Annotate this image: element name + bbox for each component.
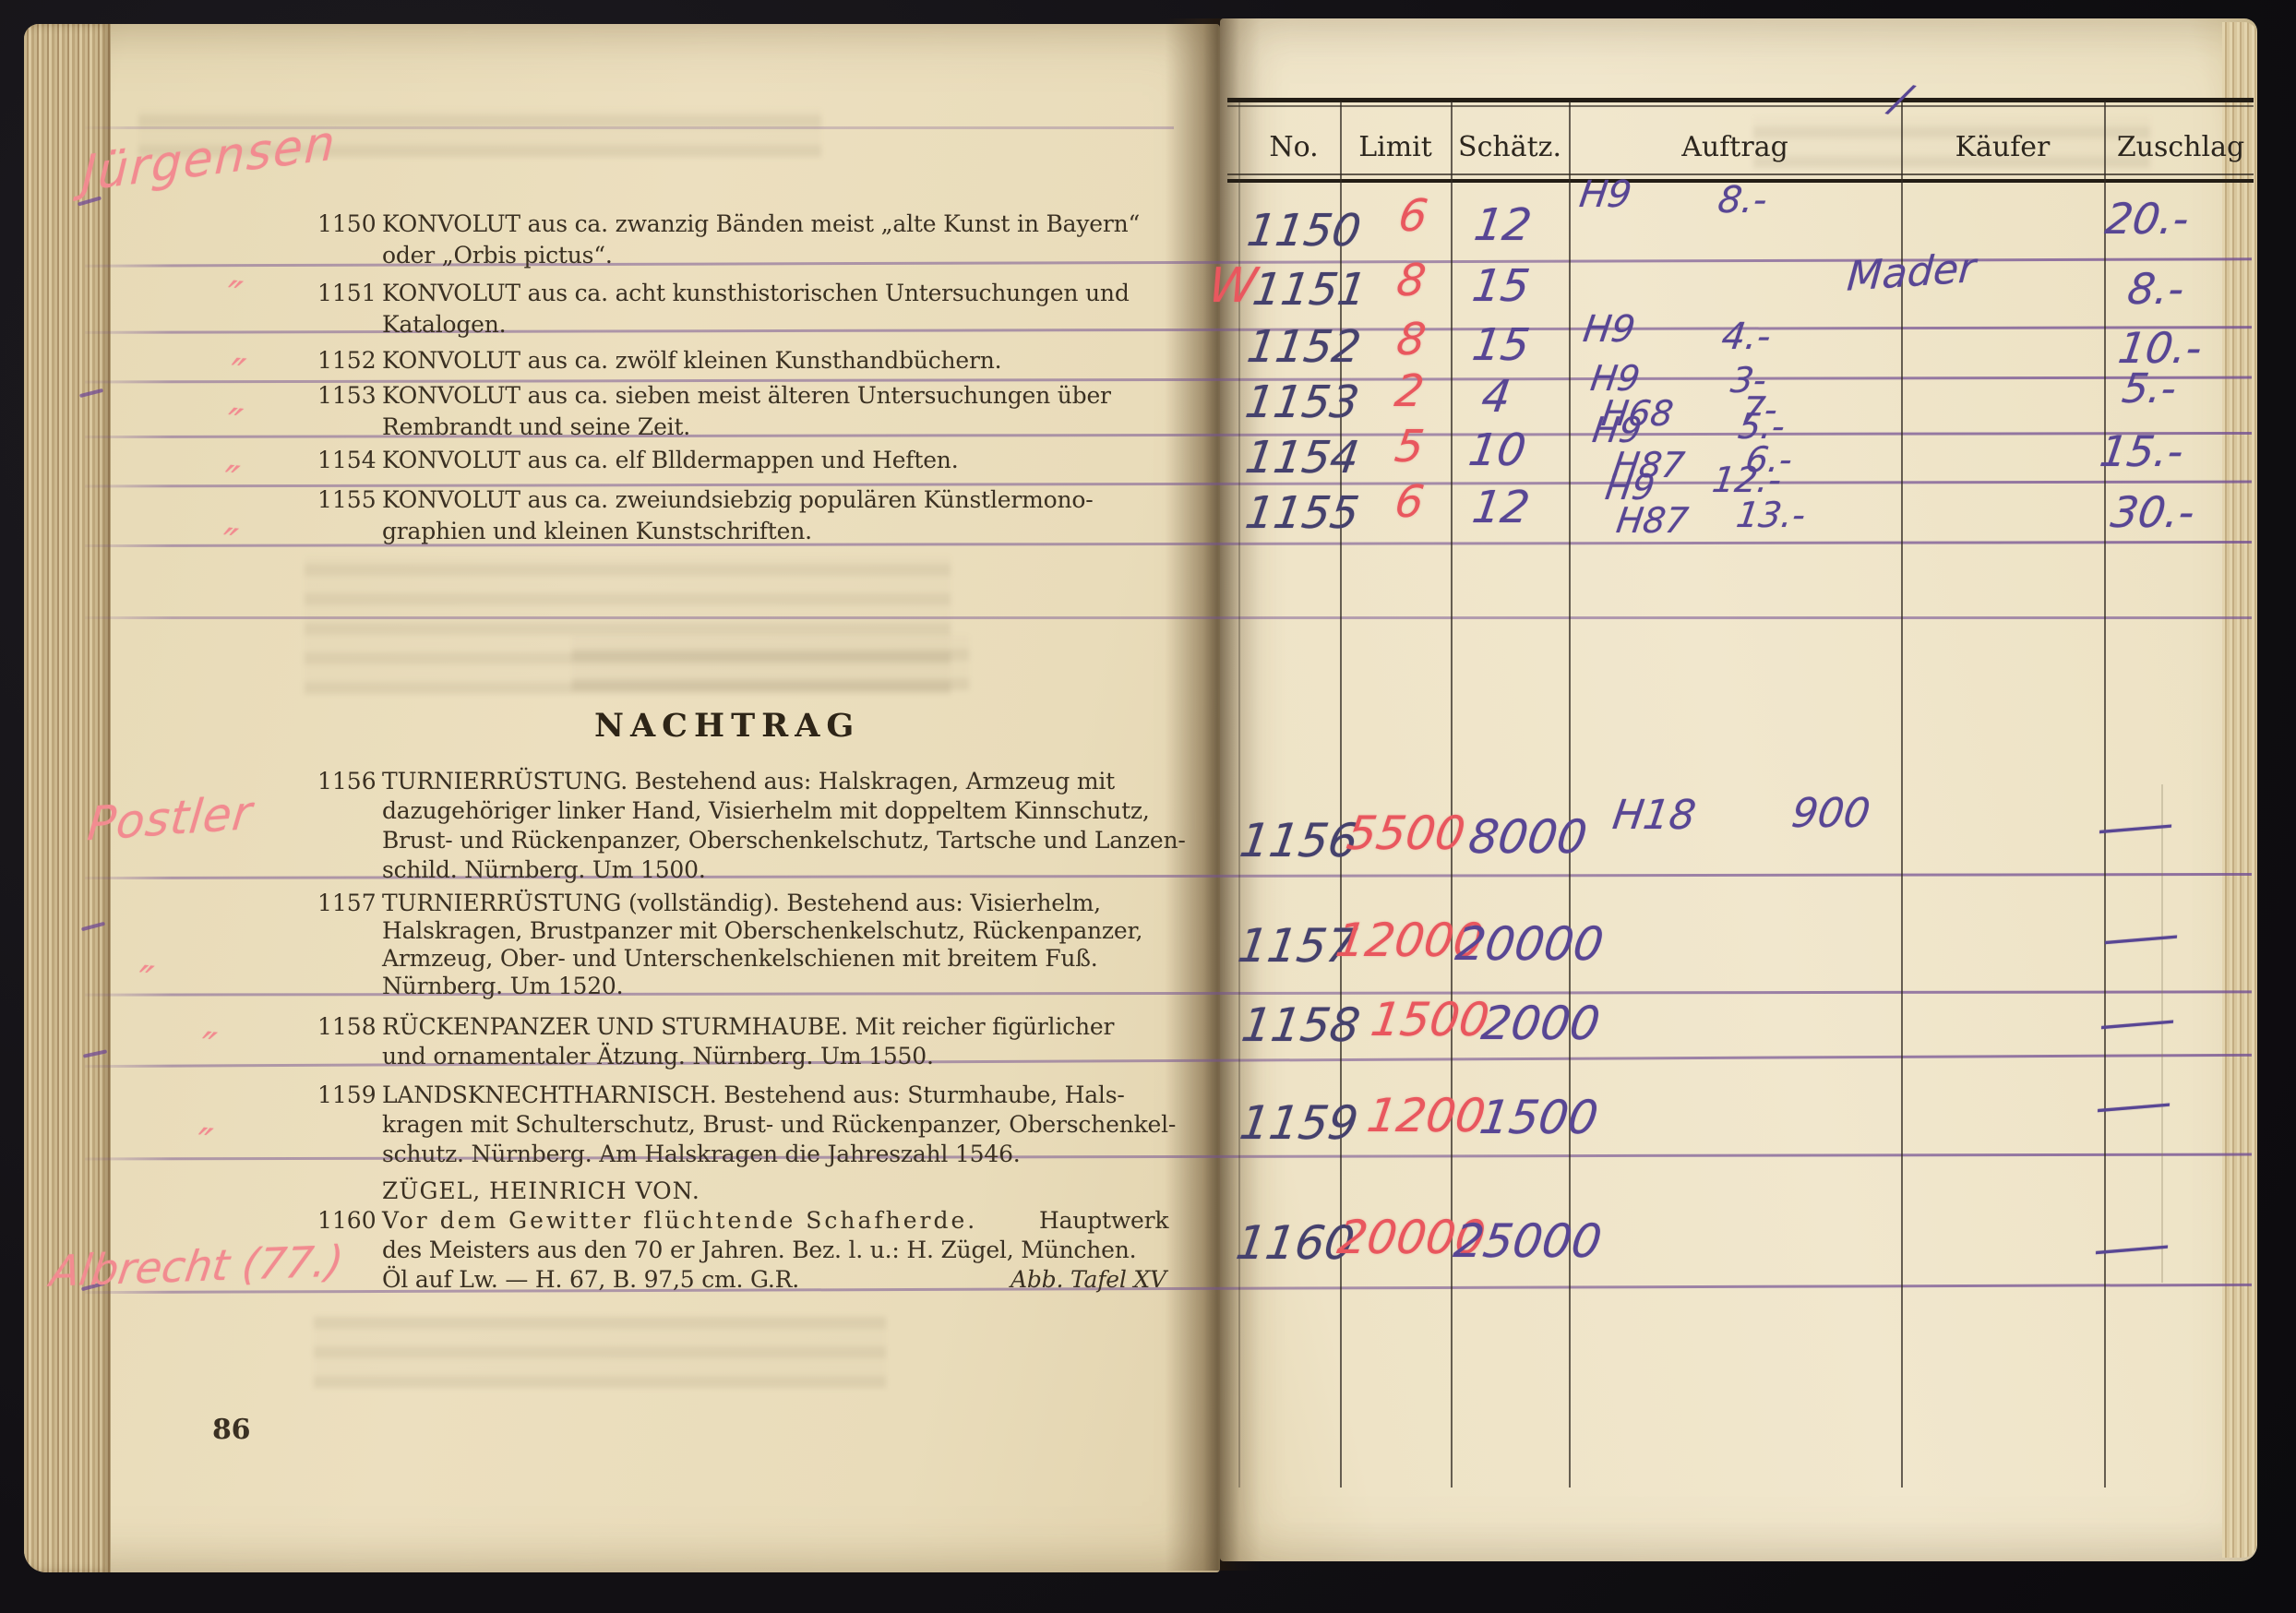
lot-number: 1151	[317, 280, 373, 306]
cell-schaetz: 8000	[1465, 810, 1590, 864]
cell-schaetz: 10	[1465, 424, 1529, 476]
lot-number: 1160	[317, 1207, 373, 1234]
lot-text-line: des Meisters aus den 70 er Jahren. Bez. …	[382, 1237, 1136, 1263]
lot-text-line: Armzeug, Ober- und Unterschenkelschienen…	[382, 945, 1098, 972]
cell-auftrag: H9	[1577, 173, 1634, 216]
lot-number: 1159	[317, 1081, 373, 1108]
lot-title-spaced: Vor dem Gewitter flüchtende Schafherde.	[382, 1207, 977, 1234]
cell-zuschlag-dash: —	[2093, 909, 2187, 965]
lot-text-line: kragen mit Schulterschutz, Brust- und Rü…	[382, 1111, 1176, 1138]
lot-number: 1154	[317, 447, 373, 473]
bleedthrough-smudge	[314, 1316, 886, 1388]
lot-text-line: KONVOLUT aus ca. acht kunsthistorischen …	[382, 280, 1130, 306]
cell-schaetz: 12	[1469, 482, 1533, 533]
lot-text-line: graphien und kleinen Kunstschriften.	[382, 518, 812, 544]
cell-limit: 1500	[1368, 993, 1492, 1046]
cell-zuschlag: 15.-	[2097, 426, 2186, 476]
lot-text-line: schild. Nürnberg. Um 1500.	[382, 856, 706, 883]
cell-zuschlag-dash: —	[2087, 798, 2182, 854]
lot-text-line: Nürnberg. Um 1520.	[382, 973, 623, 999]
col-header-auftrag: Auftrag	[1569, 131, 1901, 163]
col-header-kaeufer: Käufer	[1901, 131, 2104, 163]
cell-zuschlag: 5.-	[2119, 365, 2179, 412]
cell-zuschlag: 8.-	[2124, 264, 2187, 314]
lot-text-line: TURNIERRÜSTUNG (vollständig). Bestehend …	[382, 890, 1101, 916]
cell-no: 1153	[1242, 376, 1362, 428]
lot-text-line: KONVOLUT aus ca. sieben meist älteren Un…	[382, 382, 1111, 409]
margin-note-bidder: Albrecht (77.)	[47, 1236, 346, 1296]
right-page-paper	[1220, 18, 2257, 1561]
ledger-line	[85, 616, 2252, 619]
artist-heading: ZÜGEL, HEINRICH VON.	[382, 1177, 700, 1204]
column-line	[1901, 102, 1903, 1488]
col-header-no: No.	[1248, 131, 1340, 163]
cell-schaetz: 12	[1471, 199, 1535, 251]
right-page-edge	[2222, 22, 2257, 1558]
lot-number: 1157	[317, 890, 373, 916]
cell-auftrag: H18	[1609, 792, 1698, 839]
lot-text-line: dazugehöriger linker Hand, Visierhelm mi…	[382, 797, 1150, 824]
cell-schaetz: 25000	[1451, 1214, 1605, 1268]
lot-number: 1156	[317, 768, 373, 795]
cell-schaetz: 15	[1469, 319, 1533, 371]
lot-text-line: TURNIERRÜSTUNG. Bestehend aus: Halskrage…	[382, 768, 1115, 795]
cell-schaetz: 20000	[1453, 917, 1607, 971]
lot-text-line: KONVOLUT aus ca. zweiundsiebzig populäre…	[382, 486, 1093, 513]
section-heading: NACHTRAG	[594, 707, 860, 745]
plate-reference: Abb. Tafel XV	[1010, 1266, 1166, 1293]
header-bottom-rule-thin	[1227, 173, 2254, 175]
cell-kaeufer: Mader	[1846, 245, 1978, 301]
lot-text-line: Öl auf Lw. — H. 67, B. 97,5 cm. G.R.	[382, 1266, 799, 1293]
lot-number: 1155	[317, 486, 373, 513]
lot-text-line: Halskragen, Brustpanzer mit Oberschenkel…	[382, 917, 1142, 944]
cell-zuschlag-dash: —	[2086, 1077, 2180, 1133]
cell-auftrag-amount: 900	[1788, 790, 1872, 837]
lot-text-line: KONVOLUT aus ca. elf Blldermappen und He…	[382, 447, 958, 473]
cell-schaetz: 15	[1469, 260, 1533, 312]
lot-text-line: Rembrandt und seine Zeit.	[382, 413, 690, 440]
col-header-zuschlag: Zuschlag	[2104, 131, 2257, 163]
cell-limit: 5500	[1344, 806, 1468, 860]
cell-zuschlag: 20.-	[2102, 194, 2192, 244]
lot-text-line: KONVOLUT aus ca. zwanzig Bänden meist „a…	[382, 210, 1140, 237]
column-line	[2104, 102, 2106, 1488]
lot-text-line: KONVOLUT aus ca. zwölf kleinen Kunsthand…	[382, 347, 1001, 374]
cell-zuschlag-dash: —	[2089, 994, 2183, 1050]
lot-number: 1152	[317, 347, 373, 374]
cell-limit: 1200	[1364, 1089, 1489, 1142]
col-header-limit: Limit	[1340, 131, 1451, 163]
cell-zuschlag-dash: —	[2084, 1219, 2178, 1275]
table-top-rule	[1227, 98, 2254, 102]
cell-no: 1152	[1244, 321, 1364, 373]
col-header-schaetz: Schätz.	[1451, 131, 1569, 163]
cell-zuschlag: 30.-	[2108, 487, 2197, 537]
cell-auftrag-amount: 4.-	[1719, 316, 1774, 358]
bleedthrough-smudge	[572, 635, 969, 690]
cell-no: 1155	[1242, 487, 1362, 539]
cell-schaetz: 1500	[1477, 1091, 1601, 1144]
cell-no: 1154	[1242, 432, 1362, 484]
lot-title-rest: Hauptwerk	[1039, 1207, 1168, 1234]
cell-auftrag-amount: 8.-	[1716, 179, 1770, 221]
lot-text-line: Brust- und Rückenpanzer, Oberschenkelsch…	[382, 827, 1186, 854]
cell-no: 1158	[1238, 998, 1363, 1052]
lot-text-line: schutz. Nürnberg. Am Halskragen die Jahr…	[382, 1141, 1021, 1167]
cell-auftrag2-amount: 13.-	[1734, 495, 1808, 535]
column-line	[1451, 102, 1453, 1488]
lot-text-line: Katalogen.	[382, 311, 506, 338]
lot-text-line: LANDSKNECHTHARNISCH. Bestehend aus: Stur…	[382, 1081, 1125, 1108]
lot-text-line: und ornamentaler Ätzung. Nürnberg. Um 15…	[382, 1043, 934, 1069]
cell-schaetz: 2000	[1478, 997, 1603, 1050]
catalog-scan: Jürgensen ″ ″ ″ ″ ″ Postler ″ ″ ″ Albrec…	[0, 0, 2296, 1613]
cell-no: 1159	[1237, 1096, 1361, 1150]
lot-number: 1153	[317, 382, 373, 409]
page-number: 86	[212, 1414, 250, 1446]
lot-number: 1150	[317, 210, 373, 237]
table-top-rule-thin	[1227, 105, 2254, 107]
cell-no: 1151	[1250, 264, 1369, 316]
lot-text-line: oder „Orbis pictus“.	[382, 242, 613, 269]
cell-no: 1150	[1244, 205, 1364, 257]
lot-number: 1158	[317, 1013, 373, 1040]
cell-auftrag: H9	[1581, 308, 1638, 351]
column-line	[1569, 102, 1571, 1488]
lot-text-line: RÜCKENPANZER UND STURMHAUBE. Mit reicher…	[382, 1013, 1114, 1040]
cell-auftrag2: H87	[1614, 500, 1691, 541]
